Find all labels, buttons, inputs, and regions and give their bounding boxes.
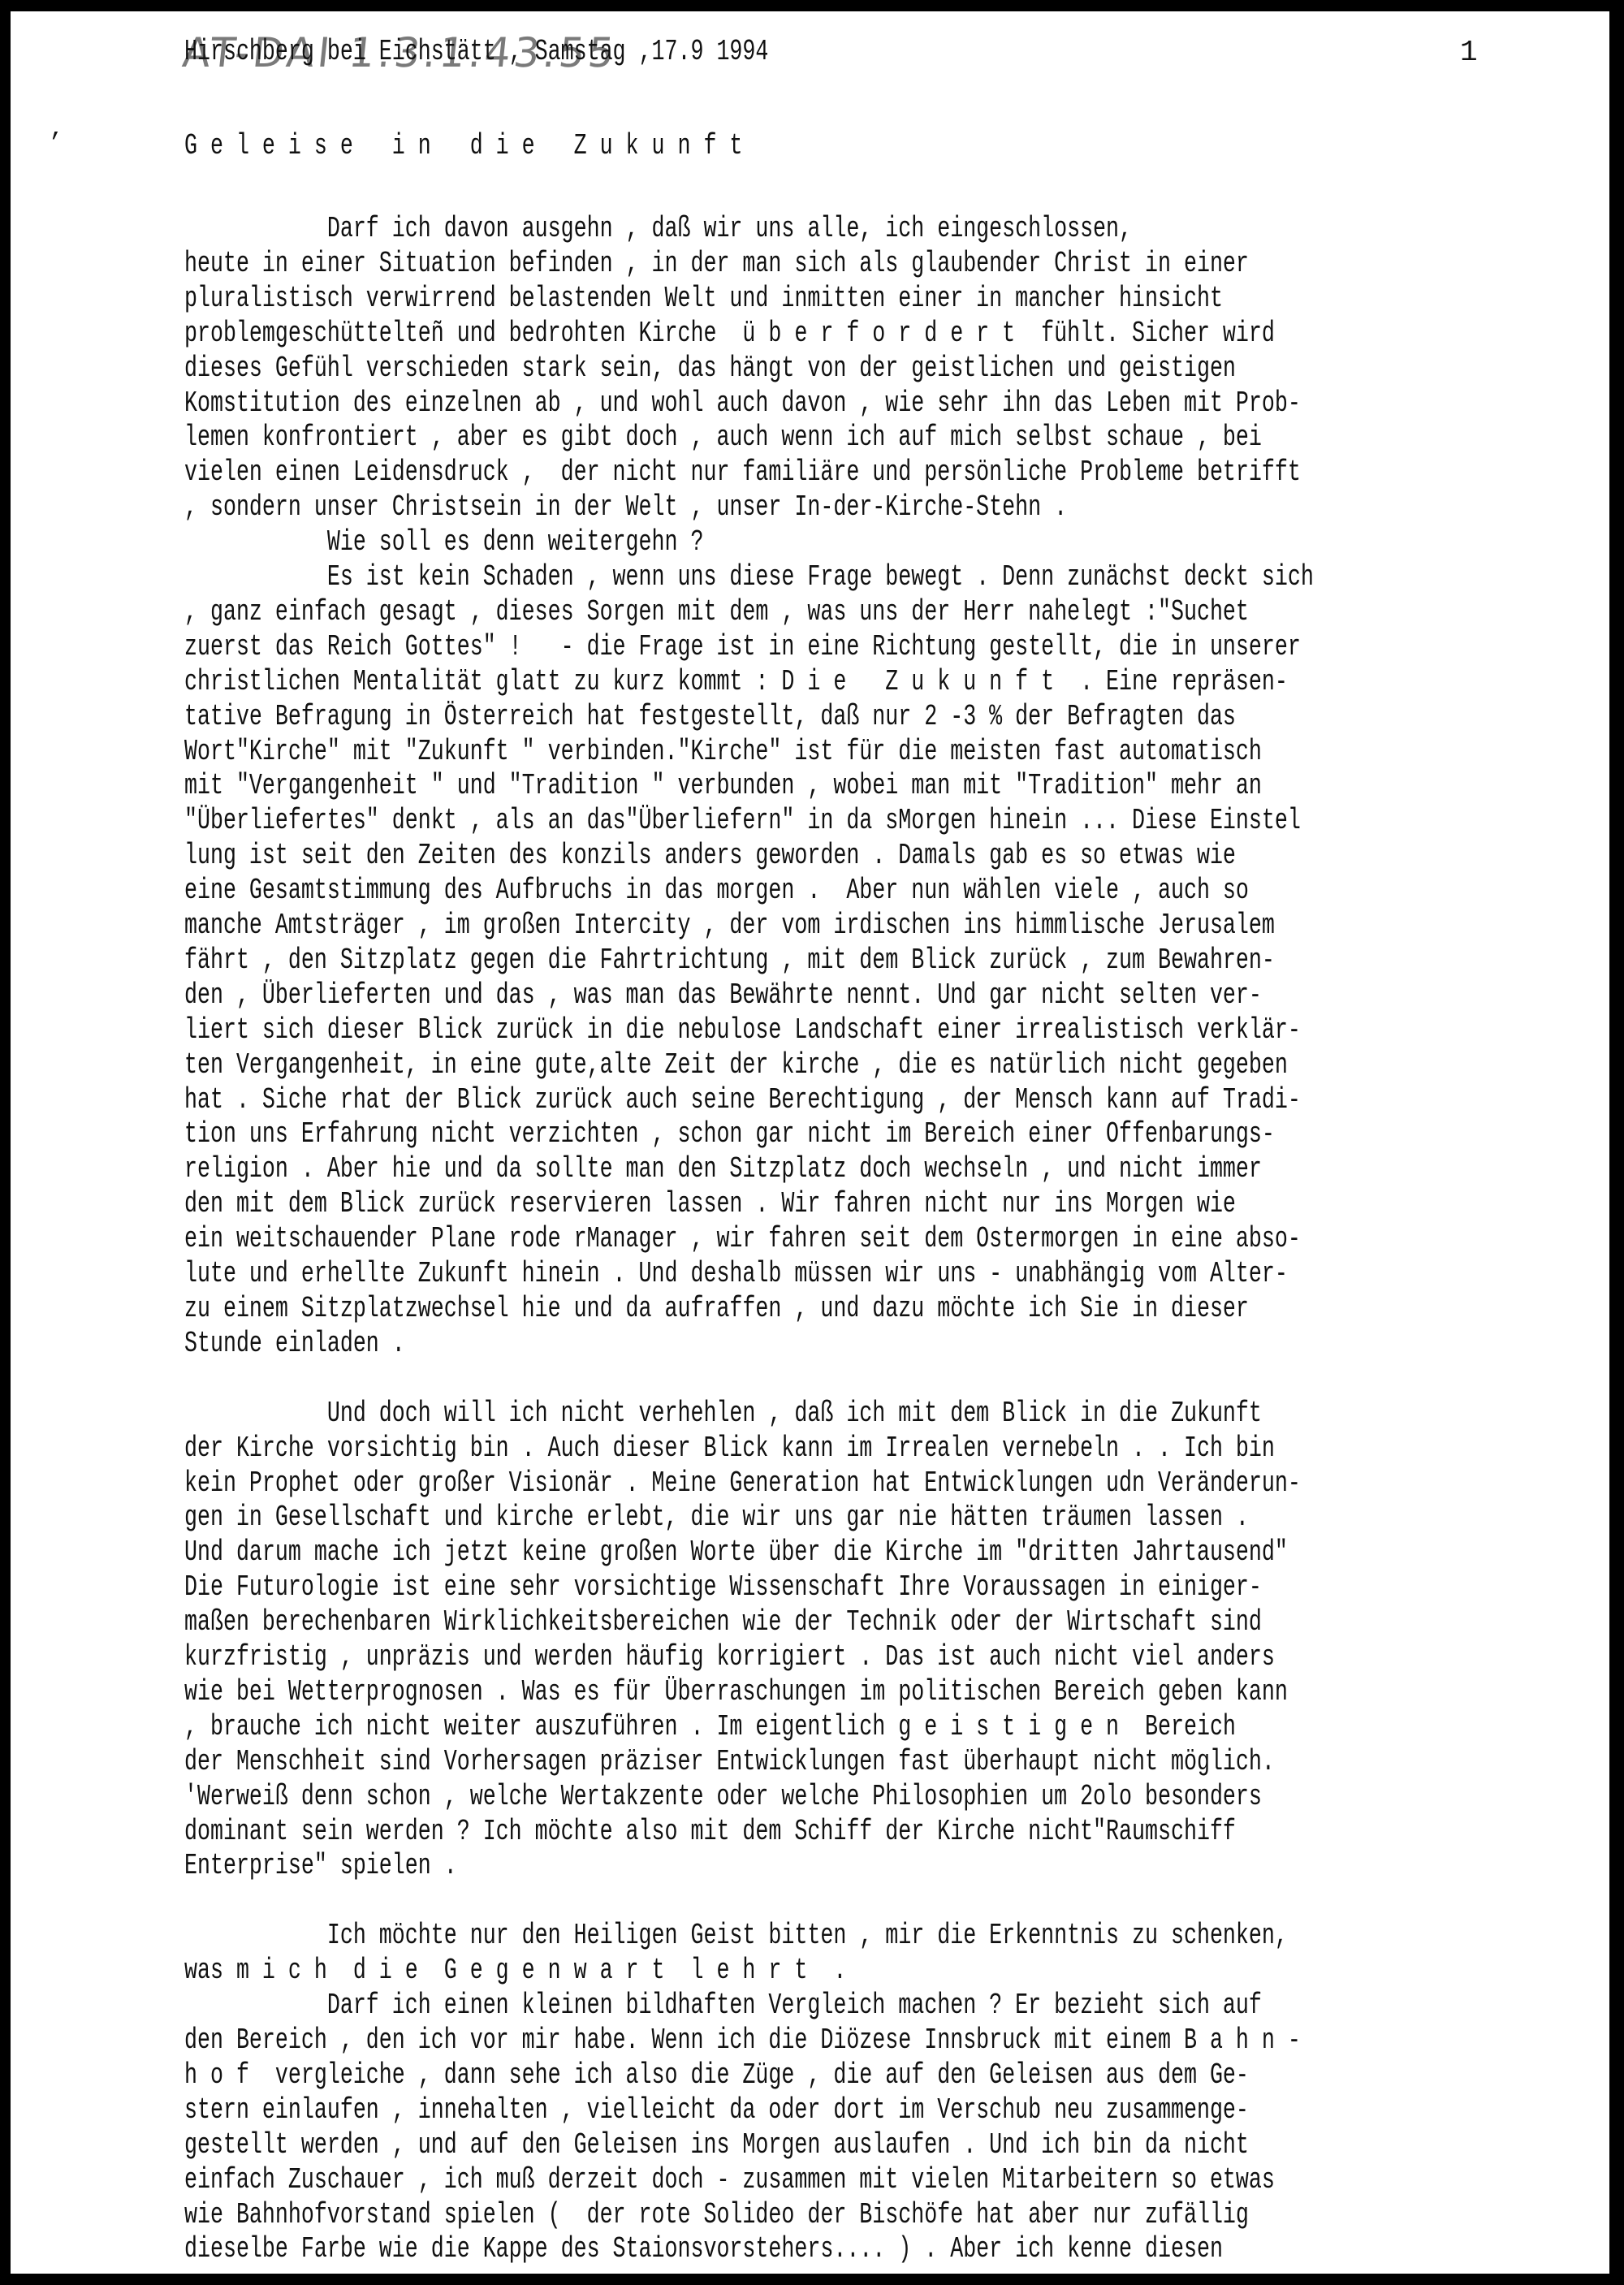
text-line: religion . Aber hie und da sollte man de…	[184, 1153, 1262, 1186]
text-line: manche Amtsträger , im großen Intercity …	[184, 909, 1275, 942]
text-line: zu einem Sitzplatzwechsel hie und da auf…	[184, 1293, 1249, 1325]
text-line: einfach Zuschauer , ich muß derzeit doch…	[184, 2164, 1275, 2196]
text-line: gen in Gesellschaft und kirche erlebt, d…	[184, 1501, 1249, 1534]
text-line: lung ist seit den Zeiten des konzils and…	[184, 840, 1236, 872]
text-line: tative Befragung in Österreich hat festg…	[184, 701, 1236, 733]
text-line: wie Bahnhofvorstand spielen ( der rote S…	[184, 2199, 1249, 2231]
scan-speck: ,	[50, 115, 64, 143]
text-line: hat . Siche rhat der Blick zurück auch s…	[184, 1084, 1301, 1117]
text-line: Ich möchte nur den Heiligen Geist bitten…	[184, 1920, 1288, 1952]
text-line: christlichen Mentalität glatt zu kurz ko…	[184, 666, 1288, 698]
text-line: zuerst das Reich Gottes" ! - die Frage i…	[184, 631, 1301, 663]
text-line: , brauche ich nicht weiter auszuführen .…	[184, 1711, 1236, 1743]
text-line: Die Futurologie ist eine sehr vorsichtig…	[184, 1571, 1262, 1604]
document-page: AT-DAI 1.3.1.43.55 Hirschberg bei Eichst…	[11, 11, 1609, 2274]
text-line: liert sich dieser Blick zurück in die ne…	[184, 1014, 1301, 1047]
text-line: , ganz einfach gesagt , dieses Sorgen mi…	[184, 596, 1249, 628]
text-line: , sondern unser Christsein in der Welt ,…	[184, 491, 1067, 524]
text-line: der Kirche vorsichtig bin . Auch dieser …	[184, 1432, 1275, 1465]
text-line: wie bei Wetterprognosen . Was es für Übe…	[184, 1676, 1288, 1708]
text-line: "Überliefertes" denkt , als an das"Überl…	[184, 805, 1301, 837]
document-title: G e l e i s e i n d i e Z u k u n f t	[184, 130, 742, 162]
text-line: dieselbe Farbe wie die Kappe des Staions…	[184, 2233, 1223, 2266]
text-line: Wie soll es denn weitergehn ?	[184, 526, 703, 559]
text-line: den mit dem Blick zurück reservieren las…	[184, 1188, 1236, 1220]
text-line: stern einlaufen , innehalten , vielleich…	[184, 2094, 1249, 2127]
header-line: Hirschberg bei Eichstätt , Samstag ,17.9…	[184, 36, 768, 68]
text-line: maßen berechenbaren Wirklichkeitsbereich…	[184, 1606, 1262, 1639]
text-line: ein weitschauender Plane rode rManager ,…	[184, 1223, 1301, 1255]
text-line: den Bereich , den ich vor mir habe. Wenn…	[184, 2024, 1301, 2057]
text-line: eine Gesamtstimmung des Aufbruchs in das…	[184, 875, 1249, 907]
text-line: Und darum mache ich jetzt keine großen W…	[184, 1536, 1288, 1569]
text-line: Wort"Kirche" mit "Zukunft " verbinden."K…	[184, 736, 1262, 768]
text-line: dieses Gefühl verschieden stark sein, da…	[184, 352, 1236, 385]
page-number: 1	[1460, 36, 1478, 69]
text-line: Und doch will ich nicht verhehlen , daß …	[184, 1397, 1262, 1430]
text-line: den , Überlieferten und das , was man da…	[184, 979, 1262, 1012]
text-line: fährt , den Sitzplatz gegen die Fahrtric…	[184, 944, 1275, 977]
text-line: mit "Vergangenheit " und "Tradition " ve…	[184, 770, 1262, 802]
text-line: was m i c h d i e G e g e n w a r t l e …	[184, 1955, 846, 1987]
text-line: Stunde einladen .	[184, 1328, 405, 1360]
text-line: gestellt werden , und auf den Geleisen i…	[184, 2129, 1249, 2162]
text-line: lemen konfrontiert , aber es gibt doch ,…	[184, 421, 1262, 454]
text-line: vielen einen Leidensdruck , der nicht nu…	[184, 456, 1301, 489]
text-line: problemgeschüttelteñ und bedrohten Kirch…	[184, 317, 1275, 350]
text-line: pluralistisch verwirrend belastenden Wel…	[184, 283, 1223, 315]
text-line: Komstitution des einzelnen ab , und wohl…	[184, 387, 1301, 420]
text-line: Darf ich einen kleinen bildhaften Vergle…	[184, 1989, 1262, 2022]
text-line: tion uns Erfahrung nicht verzichten , sc…	[184, 1118, 1275, 1151]
text-line: dominant sein werden ? Ich möchte also m…	[184, 1816, 1236, 1848]
text-line: heute in einer Situation befinden , in d…	[184, 248, 1249, 280]
text-line: Darf ich davon ausgehn , daß wir uns all…	[184, 213, 1132, 245]
text-line: der Menschheit sind Vorhersagen präziser…	[184, 1746, 1275, 1778]
text-line: kein Prophet oder großer Visionär . Mein…	[184, 1467, 1301, 1500]
text-line: h o f vergleiche , dann sehe ich also di…	[184, 2059, 1249, 2092]
text-line: lute und erhellte Zukunft hinein . Und d…	[184, 1258, 1288, 1290]
text-line: Es ist kein Schaden , wenn uns diese Fra…	[184, 561, 1314, 594]
text-line: 'Werweiß denn schon , welche Wertakzente…	[184, 1781, 1262, 1813]
text-line: kurzfristig , unpräzis und werden häufig…	[184, 1641, 1275, 1674]
text-line: Enterprise" spielen .	[184, 1850, 457, 1882]
text-line: ten Vergangenheit, in eine gute,alte Zei…	[184, 1049, 1288, 1082]
